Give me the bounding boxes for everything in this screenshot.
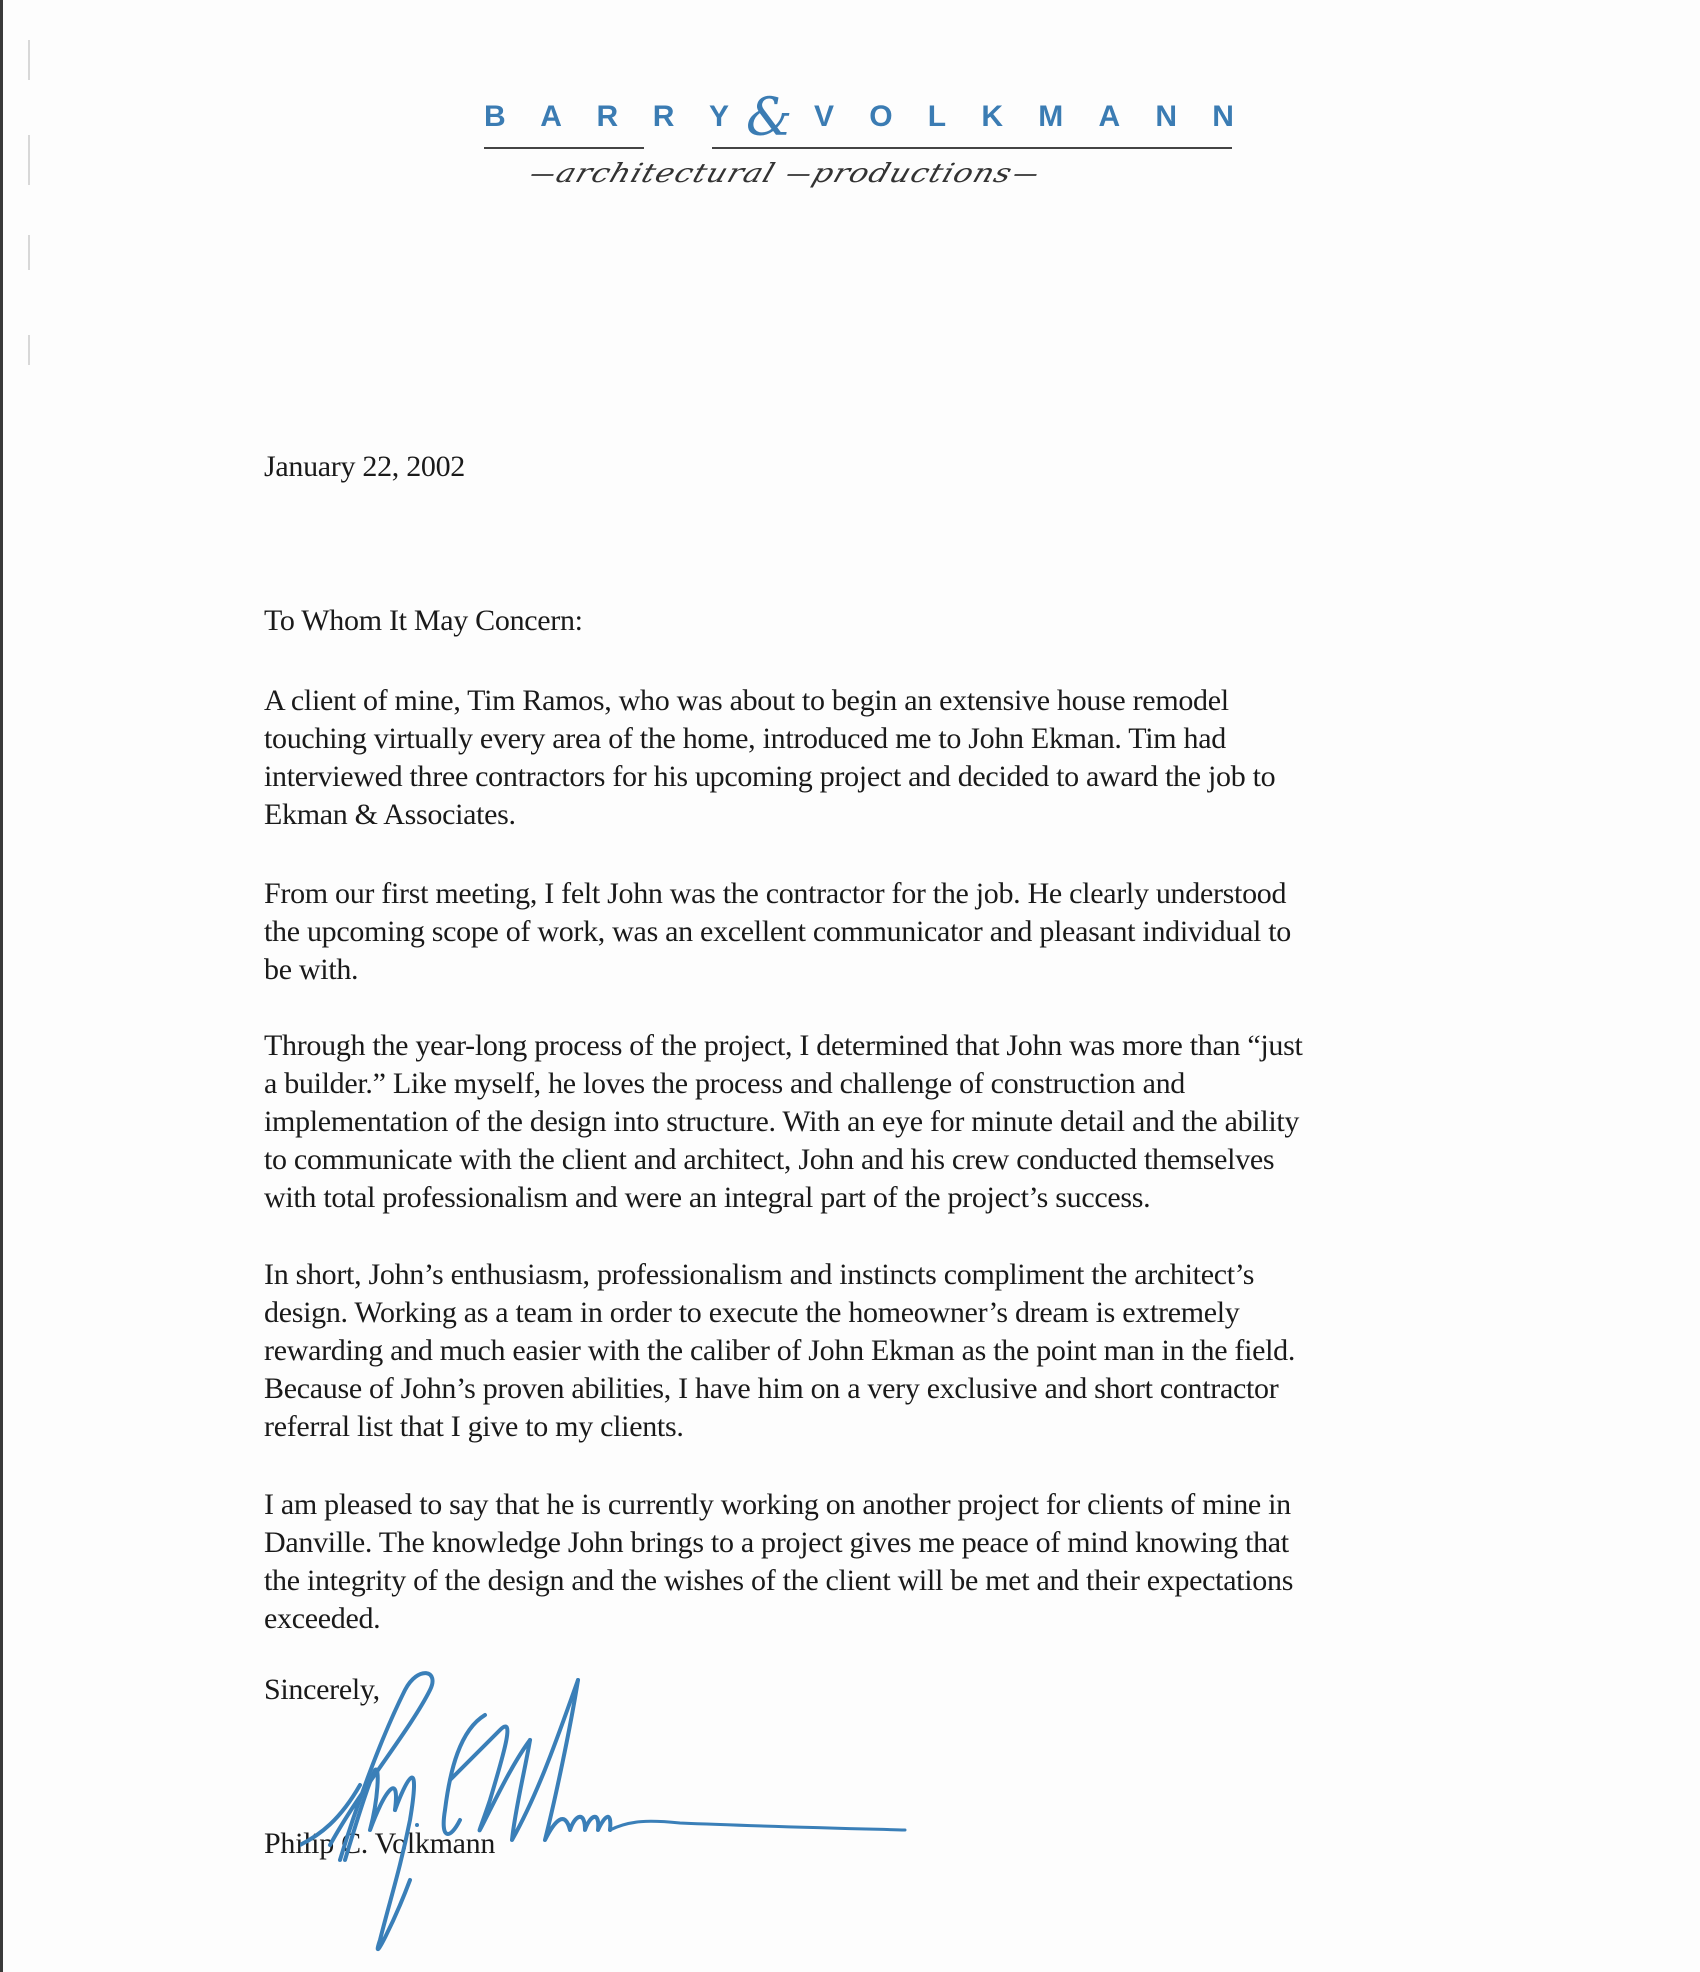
text-line: Through the year-long process of the pro… bbox=[264, 1027, 1504, 1065]
brand-letter: L bbox=[928, 100, 946, 134]
brand-letter: N bbox=[1212, 100, 1234, 134]
brand-letter: B bbox=[484, 100, 506, 134]
text-line: Danville. The knowledge John brings to a… bbox=[264, 1524, 1504, 1562]
text-line: with total professionalism and were an i… bbox=[264, 1179, 1504, 1217]
tagline-dash bbox=[531, 174, 554, 176]
brand-name-right: V O L K M A N N bbox=[814, 100, 1234, 134]
brand-letter: N bbox=[1155, 100, 1177, 134]
paragraph-1: A client of mine, Tim Ramos, who was abo… bbox=[264, 682, 1504, 834]
brand-letter: M bbox=[1038, 100, 1063, 134]
brand-name-left: B A R R Y bbox=[484, 100, 729, 134]
brand-letter: K bbox=[981, 100, 1003, 134]
text-line: referral list that I give to my clients. bbox=[264, 1408, 1504, 1446]
signer-name: Philip C. Volkmann bbox=[264, 1825, 1504, 1863]
text-line: design. Working as a team in order to ex… bbox=[264, 1294, 1504, 1332]
brand-letter: Y bbox=[709, 100, 729, 134]
paragraph-4: In short, John’s enthusiasm, professiona… bbox=[264, 1256, 1504, 1446]
brand-name: B A R R Y & V O L K M A N N bbox=[484, 96, 1234, 142]
text-line: In short, John’s enthusiasm, professiona… bbox=[264, 1256, 1504, 1294]
tagline-word: architectural bbox=[552, 158, 779, 189]
text-line: rewarding and much easier with the calib… bbox=[264, 1332, 1504, 1370]
brand-letter: R bbox=[596, 100, 618, 134]
text-line: the integrity of the design and the wish… bbox=[264, 1562, 1504, 1600]
text-line: A client of mine, Tim Ramos, who was abo… bbox=[264, 682, 1504, 720]
text-line: the upcoming scope of work, was an excel… bbox=[264, 913, 1504, 951]
paragraph-3: Through the year-long process of the pro… bbox=[264, 1027, 1504, 1217]
text-line: a builder.” Like myself, he loves the pr… bbox=[264, 1065, 1504, 1103]
tagline-dash bbox=[788, 174, 811, 176]
tagline-word: productions bbox=[808, 158, 1016, 189]
paragraph-5: I am pleased to say that he is currently… bbox=[264, 1486, 1504, 1638]
closing: Sincerely, bbox=[264, 1671, 1504, 1709]
tagline-dash bbox=[1014, 174, 1037, 176]
scan-artifact bbox=[28, 40, 30, 80]
brand-letter: R bbox=[653, 100, 675, 134]
scan-artifact bbox=[28, 135, 30, 185]
text-line: to communicate with the client and archi… bbox=[264, 1141, 1504, 1179]
signature-icon bbox=[300, 1670, 910, 1970]
brand-letter: A bbox=[1098, 100, 1120, 134]
paragraph-2: From our first meeting, I felt John was … bbox=[264, 875, 1504, 989]
letter-date: January 22, 2002 bbox=[264, 448, 1504, 486]
text-line: From our first meeting, I felt John was … bbox=[264, 875, 1504, 913]
brand-letter: O bbox=[869, 100, 892, 134]
scan-artifact bbox=[28, 235, 30, 270]
text-line: Because of John’s proven abilities, I ha… bbox=[264, 1370, 1504, 1408]
brand-letter: V bbox=[814, 100, 834, 134]
scan-edge bbox=[0, 0, 3, 1972]
text-line: exceeded. bbox=[264, 1600, 1504, 1638]
brand-ampersand: & bbox=[746, 88, 792, 148]
scan-artifact bbox=[28, 335, 30, 365]
letterhead-rule-right bbox=[712, 147, 1232, 149]
salutation: To Whom It May Concern: bbox=[264, 602, 1504, 640]
letterhead-rule-left bbox=[484, 147, 644, 149]
text-line: implementation of the design into struct… bbox=[264, 1103, 1504, 1141]
text-line: be with. bbox=[264, 951, 1504, 989]
letter-page: B A R R Y & V O L K M A N N architectura… bbox=[0, 0, 1700, 1972]
text-line: touching virtually every area of the hom… bbox=[264, 720, 1504, 758]
text-line: interviewed three contractors for his up… bbox=[264, 758, 1504, 796]
text-line: I am pleased to say that he is currently… bbox=[264, 1486, 1504, 1524]
letterhead: B A R R Y & V O L K M A N N architectura… bbox=[484, 96, 1234, 142]
brand-letter: A bbox=[540, 100, 562, 134]
text-line: Ekman & Associates. bbox=[264, 796, 1504, 834]
letterhead-tagline: architectural productions bbox=[524, 158, 1045, 189]
